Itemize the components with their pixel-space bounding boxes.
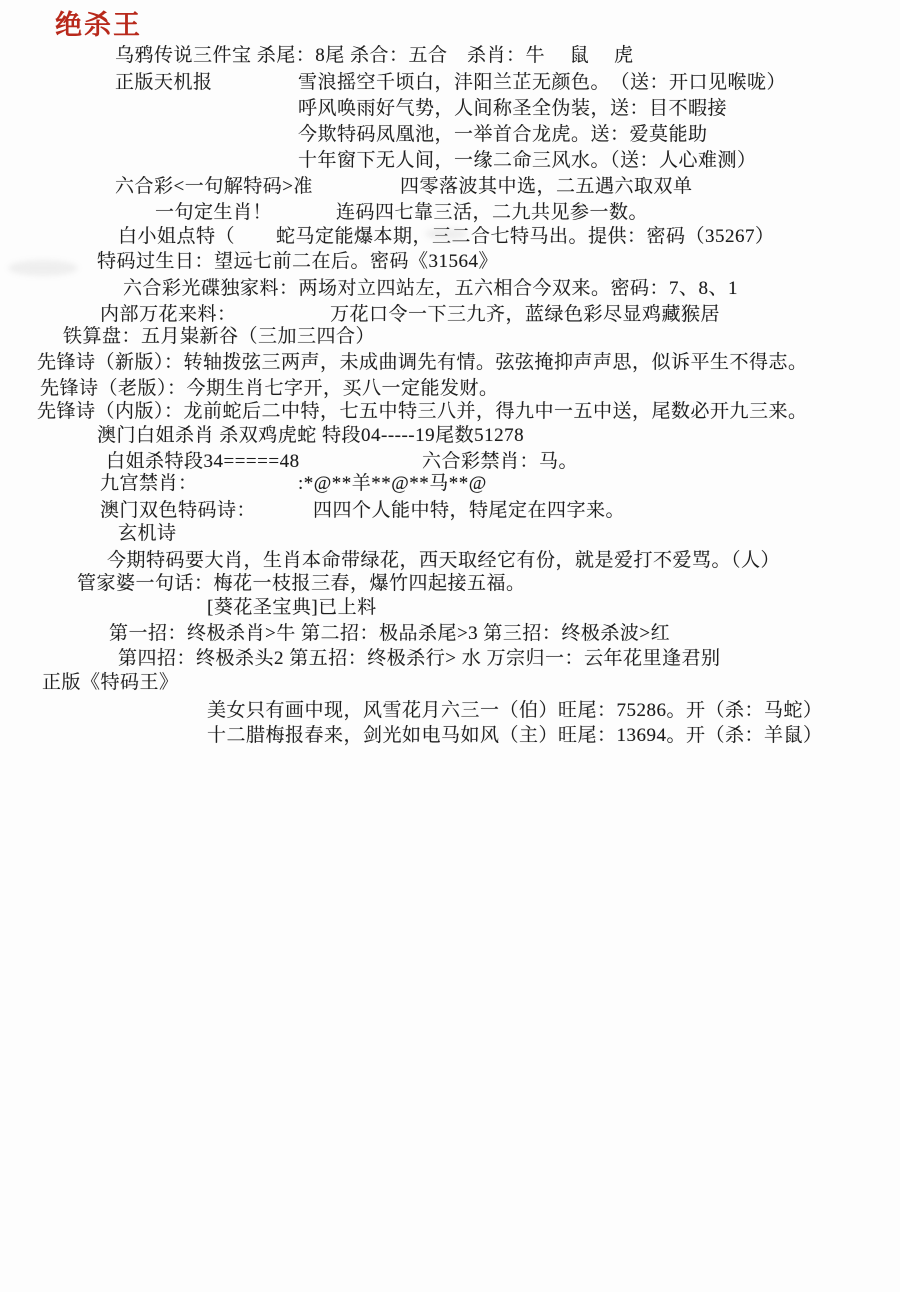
scan-artifact (8, 260, 78, 276)
line-shuangse-value: 四四个人能中特，特尾定在四字来。 (313, 495, 625, 522)
line-jiugong-value: :*@**羊**@**马**@ (298, 468, 487, 495)
line-jiugong-label: 九宫禁肖： (100, 468, 198, 495)
line-kuihua-header: [葵花圣宝典]已上料 (207, 592, 377, 619)
line-tianjibao-poem-4: 十年窗下无人间，一缘二命三风水。（送：人心难测） (298, 145, 757, 172)
line-temawang-2: 十二腊梅报春来，剑光如电马如风（主）旺尾：13694。开（杀：羊鼠） (207, 720, 823, 747)
line-wanhua-text: 万花口令一下三九齐，蓝绿色彩尽显鸡藏猴居 (330, 299, 720, 326)
page-title: 绝杀王 (55, 3, 142, 42)
line-kuihua-zhao-1: 第一招：终极杀肖>牛 第二招：极品杀尾>3 第三招：终极杀波>红 (109, 618, 670, 645)
line-temawang-header: 正版《特码王》 (42, 667, 179, 694)
line-xianfengshi-new: 先锋诗（新版）：转轴拨弦三两声，未成曲调先有情。弦弦掩抑声声思，似诉平生不得志。 (37, 347, 808, 374)
line-yijujiete-label: 六合彩<一句解特码>准 (115, 171, 313, 198)
line-aomen-baijie-shaxiao: 澳门白姐杀肖 杀双鸡虎蛇 特段04-----19尾数51278 (97, 420, 524, 447)
line-baixiaojie-label: 白小姐点特（ (118, 221, 235, 248)
line-guanjiapo: 管家婆一句话：梅花一枝报三春，爆竹四起接五福。 (77, 568, 526, 595)
line-guoshengri: 特码过生日：望远七前二在后。密码《31564》 (97, 246, 498, 273)
document-page: 绝杀王 乌鸦传说三件宝 杀尾：8尾 杀合：五合 杀肖：牛 鼠 虎 正版天机报 雪… (0, 0, 900, 1292)
line-tiesuanpan: 铁算盘：五月粜新谷（三加三四合） (63, 321, 375, 348)
line-dingshengxiao-text: 连码四七靠三活，二九共见参一数。 (336, 197, 648, 224)
line-kuihua-zhao-2: 第四招：终极杀头2 第五招：终极杀行> 水 万宗归一：云年花里逢君别 (118, 643, 720, 670)
line-tianjibao-poem-2: 呼风唤雨好气势，人间称圣全伪装，送：目不暇接 (298, 93, 727, 120)
line-tianjibao-poem-1: 雪浪摇空千顷白，沣阳兰芷无颜色。 （送：开口见喉咙） (298, 67, 786, 94)
line-baixiaojie-text: 蛇马定能爆本期，三二合七特马出。提供：密码（35267） (276, 221, 775, 248)
line-tianjibao-poem-3: 今欺特码凤凰池，一举首合龙虎。送：爱莫能助 (298, 119, 708, 146)
line-xianfengshi-inner: 先锋诗（内版）：龙前蛇后二中特，七五中特三八并，得九中一五中送，尾数必开九三来。 (37, 396, 808, 423)
line-dingshengxiao-label: 一句定生肖！ (155, 197, 272, 224)
line-guangdie: 六合彩光碟独家料：两场对立四站左，五六相合今双来。密码：7、8、1 (123, 273, 738, 300)
line-temawang-1: 美女只有画中现，风雪花月六三一（伯）旺尾：75286。开（杀：马蛇） (207, 695, 823, 722)
line-sanjianbao: 乌鸦传说三件宝 杀尾：8尾 杀合：五合 杀肖：牛 鼠 虎 (115, 40, 634, 67)
line-tianjibao-label: 正版天机报 (115, 67, 213, 94)
line-xuanjishi-title: 玄机诗 (118, 518, 177, 545)
line-yijujiete-text: 四零落波其中选，二五遇六取双单 (400, 171, 693, 198)
